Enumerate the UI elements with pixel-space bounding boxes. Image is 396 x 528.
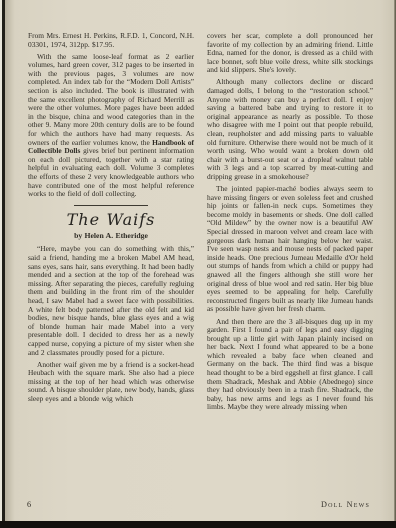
article-paragraph-2-part1: Another waif given me by a friend is a s… xyxy=(28,361,194,404)
page-edge-bottom xyxy=(0,521,396,528)
article-byline: by Helen A. Etheridge xyxy=(28,232,194,241)
page-number: 6 xyxy=(27,500,31,509)
article-title: The Waifs xyxy=(28,211,194,229)
left-column: From Mrs. Ernest H. Perkins, R.F.D. 1, C… xyxy=(28,32,194,508)
article-paragraph-5: And then there are the 3 all-bisques dug… xyxy=(207,318,373,413)
scanned-page: From Mrs. Ernest H. Perkins, R.F.D. 1, C… xyxy=(0,0,396,528)
article-paragraph-1: “Here, maybe you can do something with t… xyxy=(28,245,194,357)
page-body: From Mrs. Ernest H. Perkins, R.F.D. 1, C… xyxy=(28,32,373,508)
article-paragraph-2-part2: covers her scar, complete a doll pronoun… xyxy=(207,32,373,75)
book-review-paragraph: With the same loose-leaf format as 2 ear… xyxy=(28,53,194,199)
right-column: covers her scar, complete a doll pronoun… xyxy=(207,32,373,508)
journal-name: Doll News xyxy=(321,500,370,509)
book-review-source: From Mrs. Ernest H. Perkins, R.F.D. 1, C… xyxy=(28,32,194,49)
book-review-text: With the same loose-leaf format as 2 ear… xyxy=(28,52,194,147)
article-paragraph-3: Although many collectors decline or disc… xyxy=(207,78,373,181)
article-paragraph-4: The jointed papier-maché bodies always s… xyxy=(207,185,373,314)
book-review-text-cont: gives brief but pertinent information on… xyxy=(28,146,194,198)
section-divider xyxy=(74,205,148,206)
binding-shadow xyxy=(5,0,15,521)
